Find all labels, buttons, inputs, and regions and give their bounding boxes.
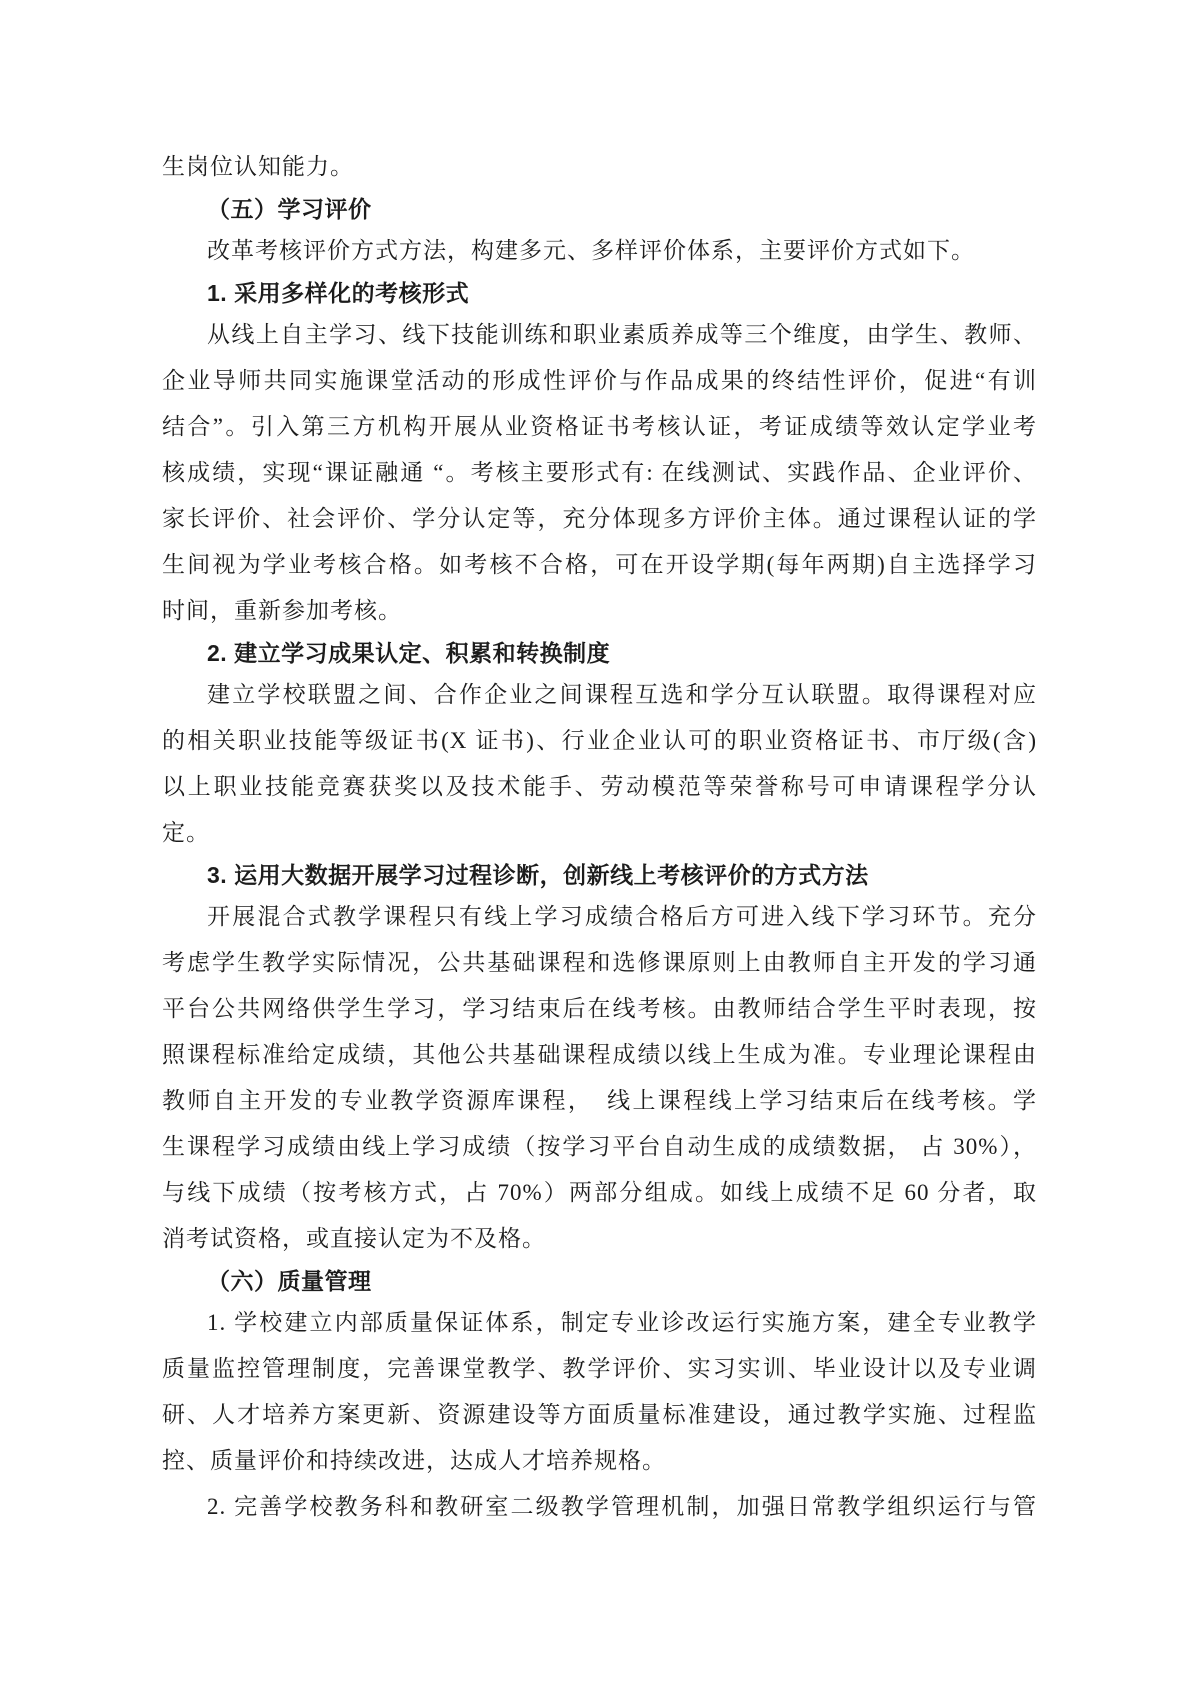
text-line: 定。 [162, 810, 1037, 856]
text-line: 2. 完善学校教务科和教研室二级教学管理机制，加强日常教学组织运行与管 [162, 1484, 1037, 1530]
text-line: 核成绩，实现“课证融通 “。考核主要形式有: 在线测试、实践作品、企业评价、 [162, 450, 1037, 496]
section-heading: 3. 运用大数据开展学习过程诊断，创新线上考核评价的方式方法 [162, 856, 1037, 894]
text-line: 照课程标准给定成绩，其他公共基础课程成绩以线上生成为准。专业理论课程由 [162, 1032, 1037, 1078]
text-line: 生课程学习成绩由线上学习成绩（按学习平台自动生成的成绩数据， 占 30%）， [162, 1124, 1037, 1170]
text-line: 生岗位认知能力。 [162, 144, 1037, 190]
text-line: 从线上自主学习、线下技能训练和职业素质养成等三个维度，由学生、教师、 [162, 312, 1037, 358]
text-line: 质量监控管理制度，完善课堂教学、教学评价、实习实训、毕业设计以及专业调 [162, 1346, 1037, 1392]
text-line: 改革考核评价方式方法，构建多元、多样评价体系，主要评价方式如下。 [162, 228, 1037, 274]
text-line: 平台公共网络供学生学习，学习结束后在线考核。由教师结合学生平时表现，按 [162, 986, 1037, 1032]
section-heading: （五）学习评价 [162, 190, 1037, 228]
text-line: 教师自主开发的专业教学资源库课程， 线上课程线上学习结束后在线考核。学 [162, 1078, 1037, 1124]
text-line: 消考试资格，或直接认定为不及格。 [162, 1216, 1037, 1262]
text-line: 结合”。引入第三方机构开展从业资格证书考核认证，考证成绩等效认定学业考 [162, 404, 1037, 450]
text-line: 家长评价、社会评价、学分认定等，充分体现多方评价主体。通过课程认证的学 [162, 496, 1037, 542]
text-line: 生间视为学业考核合格。如考核不合格，可在开设学期(每年两期)自主选择学习 [162, 542, 1037, 588]
text-line: 与线下成绩（按考核方式，占 70%）两部分组成。如线上成绩不足 60 分者，取 [162, 1170, 1037, 1216]
text-line: 考虑学生教学实际情况，公共基础课程和选修课原则上由教师自主开发的学习通 [162, 940, 1037, 986]
section-heading: 2. 建立学习成果认定、积累和转换制度 [162, 634, 1037, 672]
text-line: 控、质量评价和持续改进，达成人才培养规格。 [162, 1438, 1037, 1484]
text-line: 建立学校联盟之间、合作企业之间课程互选和学分互认联盟。取得课程对应 [162, 672, 1037, 718]
section-heading: （六）质量管理 [162, 1262, 1037, 1300]
section-heading: 1. 采用多样化的考核形式 [162, 274, 1037, 312]
text-line: 的相关职业技能等级证书(X 证书)、行业企业认可的职业资格证书、市厅级(含) [162, 718, 1037, 764]
text-line: 1. 学校建立内部质量保证体系，制定专业诊改运行实施方案，建全专业教学 [162, 1300, 1037, 1346]
text-line: 企业导师共同实施课堂活动的形成性评价与作品成果的终结性评价，促进“有训 [162, 358, 1037, 404]
text-line: 以上职业技能竞赛获奖以及技术能手、劳动模范等荣誉称号可申请课程学分认 [162, 764, 1037, 810]
text-line: 研、人才培养方案更新、资源建设等方面质量标准建设，通过教学实施、过程监 [162, 1392, 1037, 1438]
document-page: 生岗位认知能力。（五）学习评价改革考核评价方式方法，构建多元、多样评价体系，主要… [0, 0, 1199, 1696]
text-line: 时间，重新参加考核。 [162, 588, 1037, 634]
text-line: 开展混合式教学课程只有线上学习成绩合格后方可进入线下学习环节。充分 [162, 894, 1037, 940]
